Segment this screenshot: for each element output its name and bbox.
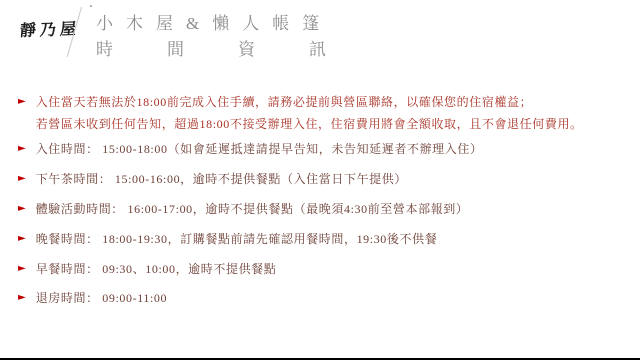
divider-slash-dot (90, 5, 92, 7)
notice-line: 若營區未收到任何告知，超過18:00不接受辦理入住，住宿費用將會全額收取，且不會… (36, 113, 611, 135)
list-item-text: 退房時間： 09:00-11:00 (36, 290, 167, 306)
page-title-line2: 時間資訊 (96, 37, 336, 63)
checkin-notice-text: 入住當天若無法於18:00前完成入住手續，請務必提前與營區聯絡，以確保您的住宿權… (36, 91, 611, 135)
bullet-triangle-icon: ► (18, 290, 26, 306)
list-item-activity-time: ► 體驗活動時間： 16:00-17:00，逾時不提供餐點（最晚須4:30前至營… (18, 201, 469, 217)
notice-line: 入住當天若無法於18:00前完成入住手續，請務必提前與營區聯絡，以確保您的住宿權… (36, 91, 611, 113)
list-item-text: 早餐時間： 09:30、10:00，逾時不提供餐點 (36, 261, 277, 277)
page-title: 小木屋&懶人帳篷 時間資訊 (96, 11, 336, 63)
list-item-checkin-time: ► 入住時間： 15:00-18:00（如會延遲抵達請提早告知，未告知延遲者不辦… (18, 141, 483, 157)
list-item-text: 體驗活動時間： 16:00-17:00，逾時不提供餐點（最晚須4:30前至營本部… (36, 201, 469, 217)
list-item-breakfast-time: ► 早餐時間： 09:30、10:00，逾時不提供餐點 (18, 261, 276, 277)
list-item-afternoon-tea-time: ► 下午茶時間： 15:00-16:00，逾時不提供餐點（入住當日下午提供） (18, 171, 407, 187)
page-title-line1: 小木屋&懶人帳篷 (96, 11, 336, 37)
list-item-checkout-time: ► 退房時間： 09:00-11:00 (18, 290, 167, 306)
bullet-triangle-icon: ► (18, 171, 26, 187)
list-item-dinner-time: ► 晚餐時間： 18:00-19:30，訂購餐點前請先確認用餐時間，19:30後… (18, 231, 437, 247)
checkin-notice: ► 入住當天若無法於18:00前完成入住手續，請務必提前與營區聯絡，以確保您的住… (18, 91, 611, 135)
list-item-text: 晚餐時間： 18:00-19:30，訂購餐點前請先確認用餐時間，19:30後不供… (36, 231, 438, 247)
list-item-text: 下午茶時間： 15:00-16:00，逾時不提供餐點（入住當日下午提供） (36, 171, 407, 187)
info-slide: 靜乃屋 小木屋&懶人帳篷 時間資訊 ► 入住當天若無法於18:00前完成入住手續… (0, 0, 640, 360)
bullet-triangle-icon: ► (18, 91, 26, 113)
bullet-triangle-icon: ► (18, 201, 26, 217)
bullet-triangle-icon: ► (18, 231, 26, 247)
list-item-text: 入住時間： 15:00-18:00（如會延遲抵達請提早告知，未告知延遲者不辦理入… (36, 141, 483, 157)
bullet-triangle-icon: ► (18, 141, 26, 157)
bullet-triangle-icon: ► (18, 261, 26, 277)
